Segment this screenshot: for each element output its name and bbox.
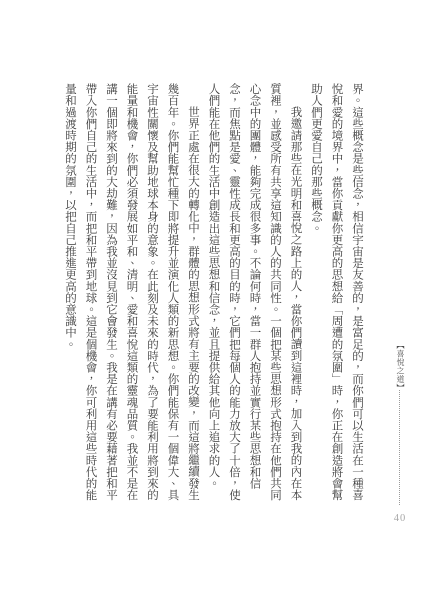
running-head-dotted-rule — [399, 390, 400, 505]
paragraph: 我邀請那些在光明和喜悅之路上的人，當你們讀到這裡時，加入到我的內在本質裡，並感受… — [203, 83, 306, 511]
paragraph: 世界正處在很大的轉化中，群體的思想形式將有主要的改變，而這將繼續發生幾百年。你們… — [60, 83, 204, 511]
book-page: 界。這些概念是些信念，相信宇宙是友善的，是富足的，而你們可以生活在一種喜悅和愛的… — [0, 0, 439, 600]
running-head-book-title: 【喜悅之道】 — [394, 341, 406, 392]
paragraph-continued: 界。這些概念是些信念，相信宇宙是友善的，是富足的，而你們可以生活在一種喜悅和愛的… — [306, 83, 368, 511]
body-text: 界。這些概念是些信念，相信宇宙是友善的，是富足的，而你們可以生活在一種喜悅和愛的… — [60, 83, 368, 511]
page-number: 40 — [390, 513, 410, 524]
